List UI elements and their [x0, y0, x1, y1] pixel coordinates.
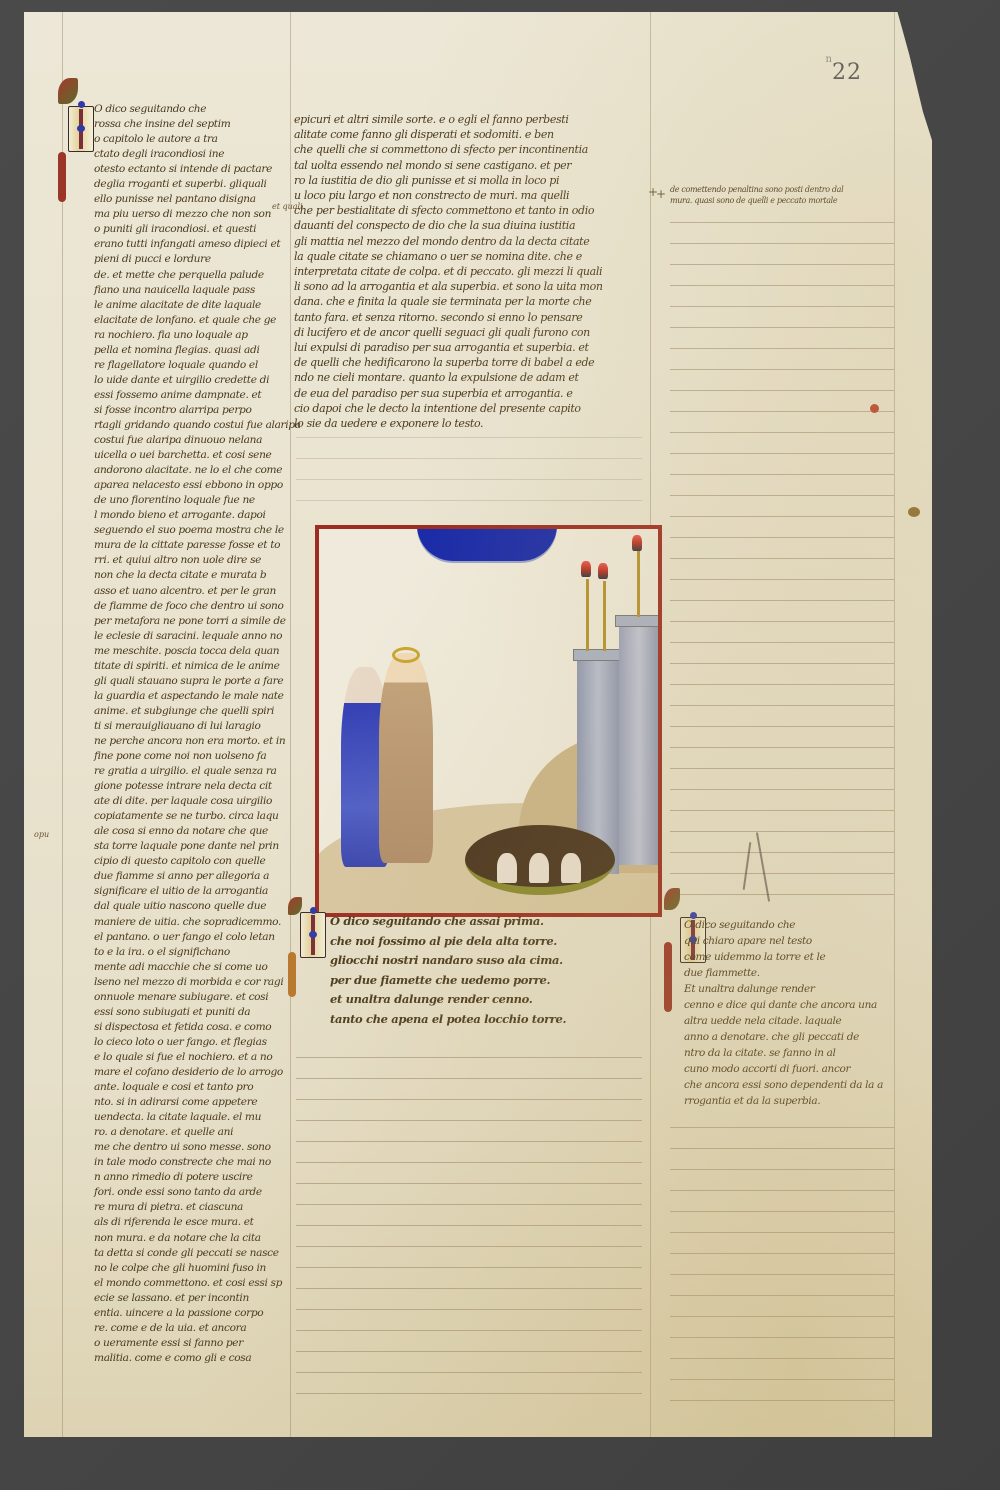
text-line: me meschite. poscia tocca dela quan [94, 644, 316, 659]
flame-icon [598, 563, 608, 579]
text-line: elacitate de lonfano. et quale che ge [94, 313, 316, 328]
miniature-illustration [315, 525, 662, 917]
margin-gloss: de comettendo penaltina sono posti dentr… [670, 184, 900, 206]
text-line: ne perche ancora non era morto. et in [94, 734, 316, 749]
text-line: cuno modo accorti di fuori. ancor [684, 1061, 914, 1077]
text-line: ecie se lassano. et per incontin [94, 1291, 316, 1306]
right-column-text: O dico seguitando chequi chiaro apare ne… [684, 917, 914, 1109]
text-line: entia. uincere a la passione corpo [94, 1306, 316, 1321]
text-line: o puniti gli iracondiosi. et questi [94, 222, 316, 237]
ruled-area-middle [296, 1037, 642, 1412]
flourish-icon [58, 78, 78, 104]
text-line: ro. a denotare. et quelle ani [94, 1125, 316, 1140]
illuminated-initial-verse [300, 912, 326, 958]
text-line: gione potesse intrare nela decta cit [94, 779, 316, 794]
heaven-arc [417, 525, 557, 561]
text-line: erano tutti infangati ameso dipieci et [94, 237, 316, 252]
text-line: titate di spiriti. et nimica de le anime [94, 659, 316, 674]
text-line: lo uide dante et uirgilio credette di [94, 373, 316, 388]
text-line: Et unaltra dalunge render [684, 981, 914, 997]
text-line: ctato degli iracondiosi ine [94, 147, 316, 162]
text-line: deglia rroganti et superbi. gliquali [94, 177, 316, 192]
text-line: sta torre laquale pone dante nel prin [94, 839, 316, 854]
text-line: fine pone come noi non uolseno fa [94, 749, 316, 764]
margin-note: opu [34, 830, 49, 839]
text-line: anime. et subgiunge che quelli spiri [94, 704, 316, 719]
text-line: cipio di questo capitolo con quelle [94, 854, 316, 869]
text-line: ntro da la citate. se fanno in al [684, 1045, 914, 1061]
text-line: maniere de uitia. che sopradicemmo. [94, 915, 316, 930]
text-line: anno a denotare. che gli peccati de [684, 1029, 914, 1045]
text-line: ro la iustitia de dio gli punisse et si … [294, 173, 654, 188]
text-line: de quelli che hedificarono la superba to… [294, 355, 654, 370]
text-line: per metafora ne pone torri a simile de [94, 614, 316, 629]
middle-column-text: epicuri et altri simile sorte. e o egli … [294, 112, 654, 431]
text-line: epicuri et altri simile sorte. e o egli … [294, 112, 654, 127]
torch-icon [586, 579, 589, 651]
text-line: de fiamme de foco che dentro ui sono [94, 599, 316, 614]
text-line: O dico seguitando che [94, 102, 316, 117]
text-line: li sono ad la arrogantia et ala superbia… [294, 279, 654, 294]
text-line: rtagli gridando quando costui fue alarip… [94, 418, 316, 433]
text-line: gli mattia nel mezzo del mondo dentro da… [294, 234, 654, 249]
text-line: per due fiamette che uedemo porre. [330, 971, 650, 991]
ruled-area-right-top [670, 202, 894, 902]
text-line: pella et nomina flegias. quasi adi [94, 343, 316, 358]
text-line: el pantano. o uer fango el colo letan [94, 930, 316, 945]
text-line: mare el cofano desiderio de lo arrogo [94, 1065, 316, 1080]
text-line: cenno e dice qui dante che ancora una [684, 997, 914, 1013]
text-line: e lo quale si fue el nochiero. et a no [94, 1050, 316, 1065]
text-line: lui expulsi di paradiso per sua arrogant… [294, 340, 654, 355]
flourish-icon [288, 952, 296, 997]
text-line: rossa che insine del septim [94, 117, 316, 132]
text-line: lo cieco loto o uer fango. et flegias [94, 1035, 316, 1050]
text-line: mura de la cittate paresse fosse et to [94, 538, 316, 553]
text-line: tanto che apena el potea locchio torre. [330, 1010, 650, 1030]
text-line: si fosse incontro alarripa perpo [94, 403, 316, 418]
laurel-icon [392, 647, 420, 663]
flame-icon [632, 535, 642, 551]
soul-figure [561, 853, 581, 883]
text-line: ra nochiero. fia uno loquale ap [94, 328, 316, 343]
text-line: non mura. e da notare che la cita [94, 1231, 316, 1246]
text-line: otesto ectanto si intende di pactare [94, 162, 316, 177]
gloss-line: mura. quasi sono de quelli e peccato mor… [670, 195, 900, 206]
tower-icon [619, 615, 659, 865]
margin-cross: + [648, 185, 658, 199]
text-line: fori. onde essi sono tanto da arde [94, 1185, 316, 1200]
ruled-area-right-bottom [670, 1107, 894, 1407]
flourish-icon [664, 888, 680, 910]
text-line: to e la ira. o el significhano [94, 945, 316, 960]
text-line: ale cosa si enno da notare che que [94, 824, 316, 839]
text-line: qui chiaro apare nel testo [684, 933, 914, 949]
text-line: tal uolta essendo nel mondo si sene cast… [294, 158, 654, 173]
text-line: come uidemmo la torre et le [684, 949, 914, 965]
text-line: n anno rimedio di potere uscire [94, 1170, 316, 1185]
text-line: de. et mette che perquella palude [94, 268, 316, 283]
text-line: als di riferenda le esce mura. et [94, 1215, 316, 1230]
text-line: me che dentro ui sono messe. sono [94, 1140, 316, 1155]
text-line: O dico seguitando che [684, 917, 914, 933]
text-line: de eua del paradiso per sua superbia et … [294, 386, 654, 401]
text-line: che ancora essi sono dependenti da la a [684, 1077, 914, 1093]
text-line: no le colpe che gli huomini fuso in [94, 1261, 316, 1276]
text-line: copiatamente se ne turbo. circa laqu [94, 809, 316, 824]
text-line: pieni di pucci e lordure [94, 252, 316, 267]
text-line: uendecta. la citate laquale. el mu [94, 1110, 316, 1125]
text-line: due fiamme si anno per allegoria a [94, 869, 316, 884]
folio-number: 22 [832, 60, 862, 85]
text-line: due fiammette. [684, 965, 914, 981]
text-line: re mura di pietra. et ciascuna [94, 1200, 316, 1215]
text-line: ate di dite. per laquale cosa uirgilio [94, 794, 316, 809]
soul-figure [529, 853, 549, 883]
text-line: rrogantia et da la superbia. [684, 1093, 914, 1109]
commentary-column-left: O dico seguitando cherossa che insine de… [66, 102, 316, 1366]
left-column-text: O dico seguitando cherossa che insine de… [66, 102, 316, 1366]
text-line: ante. loquale e cosi et tanto pro [94, 1080, 316, 1095]
flame-icon [581, 561, 591, 577]
verse-block: O dico seguitando che assai prima.che no… [330, 912, 650, 1029]
stain [908, 507, 920, 517]
text-line: o capitolo le autore a tra [94, 132, 316, 147]
text-line: re gratia a uirgilio. el quale senza ra [94, 764, 316, 779]
stain [870, 404, 879, 413]
text-line: dana. che e finita la quale sie terminat… [294, 294, 654, 309]
text-line: ta detta si conde gli peccati se nasce [94, 1246, 316, 1261]
text-line: onnuole menare subiugare. et cosi [94, 990, 316, 1005]
text-line: aparea nelacesto essi ebbono in oppo [94, 478, 316, 493]
flourish-icon [58, 152, 66, 202]
text-line: malitia. come e como gli e cosa [94, 1351, 316, 1366]
ruling-line [62, 12, 63, 1437]
text-line: re. come e de la uia. et ancora [94, 1321, 316, 1336]
text-line: le eclesie di saracini. lequale anno no [94, 629, 316, 644]
text-line: rri. et quiui altro non uole dire se [94, 553, 316, 568]
text-line: che noi fossimo al pie dela alta torre. [330, 932, 650, 952]
text-line: lo sie da uedere e exponere lo testo. [294, 416, 654, 431]
text-line: el mondo commettono. et cosi essi sp [94, 1276, 316, 1291]
text-line: tanto fara. et senza ritorno. secondo si… [294, 310, 654, 325]
text-line: lseno nel mezzo di morbida e cor ragi [94, 975, 316, 990]
text-line: che quelli che si commettono di sfecto p… [294, 142, 654, 157]
text-line: essi sono subiugati et puniti da [94, 1005, 316, 1020]
manuscript-page: n 22 O dico seguitando cherossa che insi… [24, 12, 932, 1437]
text-line: de uno fiorentino loquale fue ne [94, 493, 316, 508]
verse-text: O dico seguitando che assai prima.che no… [330, 912, 650, 1029]
text-line: dal quale uitio nascono quelle due [94, 899, 316, 914]
text-line: fiano una nauicella laquale pass [94, 283, 316, 298]
text-line: altra uedde nela citade. laquale [684, 1013, 914, 1029]
text-line: gliocchi nostri nandaro suso ala cima. [330, 951, 650, 971]
text-line: che per bestialitate di sfecto commetton… [294, 203, 654, 218]
text-line: si dispectosa et fetida cosa. e como [94, 1020, 316, 1035]
text-line: u loco piu largo et non constrecto de mu… [294, 188, 654, 203]
text-line: essi fossemo anime dampnate. et [94, 388, 316, 403]
ruling-line [894, 12, 895, 1437]
ruled-area-middle-top [296, 417, 642, 517]
soul-figure [497, 853, 517, 883]
text-line: la quale citate se chiamano o uer se nom… [294, 249, 654, 264]
text-line: ndo ne cieli montare. quanto la expulsio… [294, 370, 654, 385]
text-line: et unaltra dalunge render cenno. [330, 990, 650, 1010]
text-line: seguendo el suo poema mostra che le [94, 523, 316, 538]
text-line: alitate come fanno gli disperati et sodo… [294, 127, 654, 142]
text-line: dauanti del conspecto de dio che la sua … [294, 218, 654, 233]
text-line: uicella o uei barchetta. et cosi sene [94, 448, 316, 463]
text-line: interpretata citate de colpa. et di pecc… [294, 264, 654, 279]
text-line: andorono alacitate. ne lo el che come [94, 463, 316, 478]
torch-icon [603, 581, 606, 651]
text-line: di lucifero et de ancor quelli seguaci g… [294, 325, 654, 340]
figure-virgil [379, 653, 433, 863]
text-line: costui fue alaripa dinuouo nelana [94, 433, 316, 448]
flourish-icon [664, 942, 672, 1012]
gloss-line: de comettendo penaltina sono posti dentr… [670, 184, 900, 195]
text-line: significare el uitio de la arrogantia [94, 884, 316, 899]
text-line: gli quali stauano supra le porte a fare [94, 674, 316, 689]
text-line: o ueramente essi si fanno per [94, 1336, 316, 1351]
text-line: in tale modo constrecte che mai no [94, 1155, 316, 1170]
text-line: cio dapoi che le decto la intentione del… [294, 401, 654, 416]
text-line: nto. si in adirarsi come appetere [94, 1095, 316, 1110]
text-line: non che la decta citate e murata b [94, 568, 316, 583]
text-line: la guardia et aspectando le male nate [94, 689, 316, 704]
text-line: mente adi macchie che si come uo [94, 960, 316, 975]
torch-icon [637, 551, 640, 617]
text-line: le anime alacitate de dite laquale [94, 298, 316, 313]
text-line: asso et uano alcentro. et per le gran [94, 584, 316, 599]
commentary-column-middle: epicuri et altri simile sorte. e o egli … [294, 112, 654, 431]
text-line: l mondo bieno et arrogante. dapoi [94, 508, 316, 523]
commentary-column-right: O dico seguitando chequi chiaro apare ne… [684, 917, 914, 1109]
text-line: ti si merauigliauano di lui laragio [94, 719, 316, 734]
text-line: O dico seguitando che assai prima. [330, 912, 650, 932]
text-line: re flagellatore loquale quando el [94, 358, 316, 373]
